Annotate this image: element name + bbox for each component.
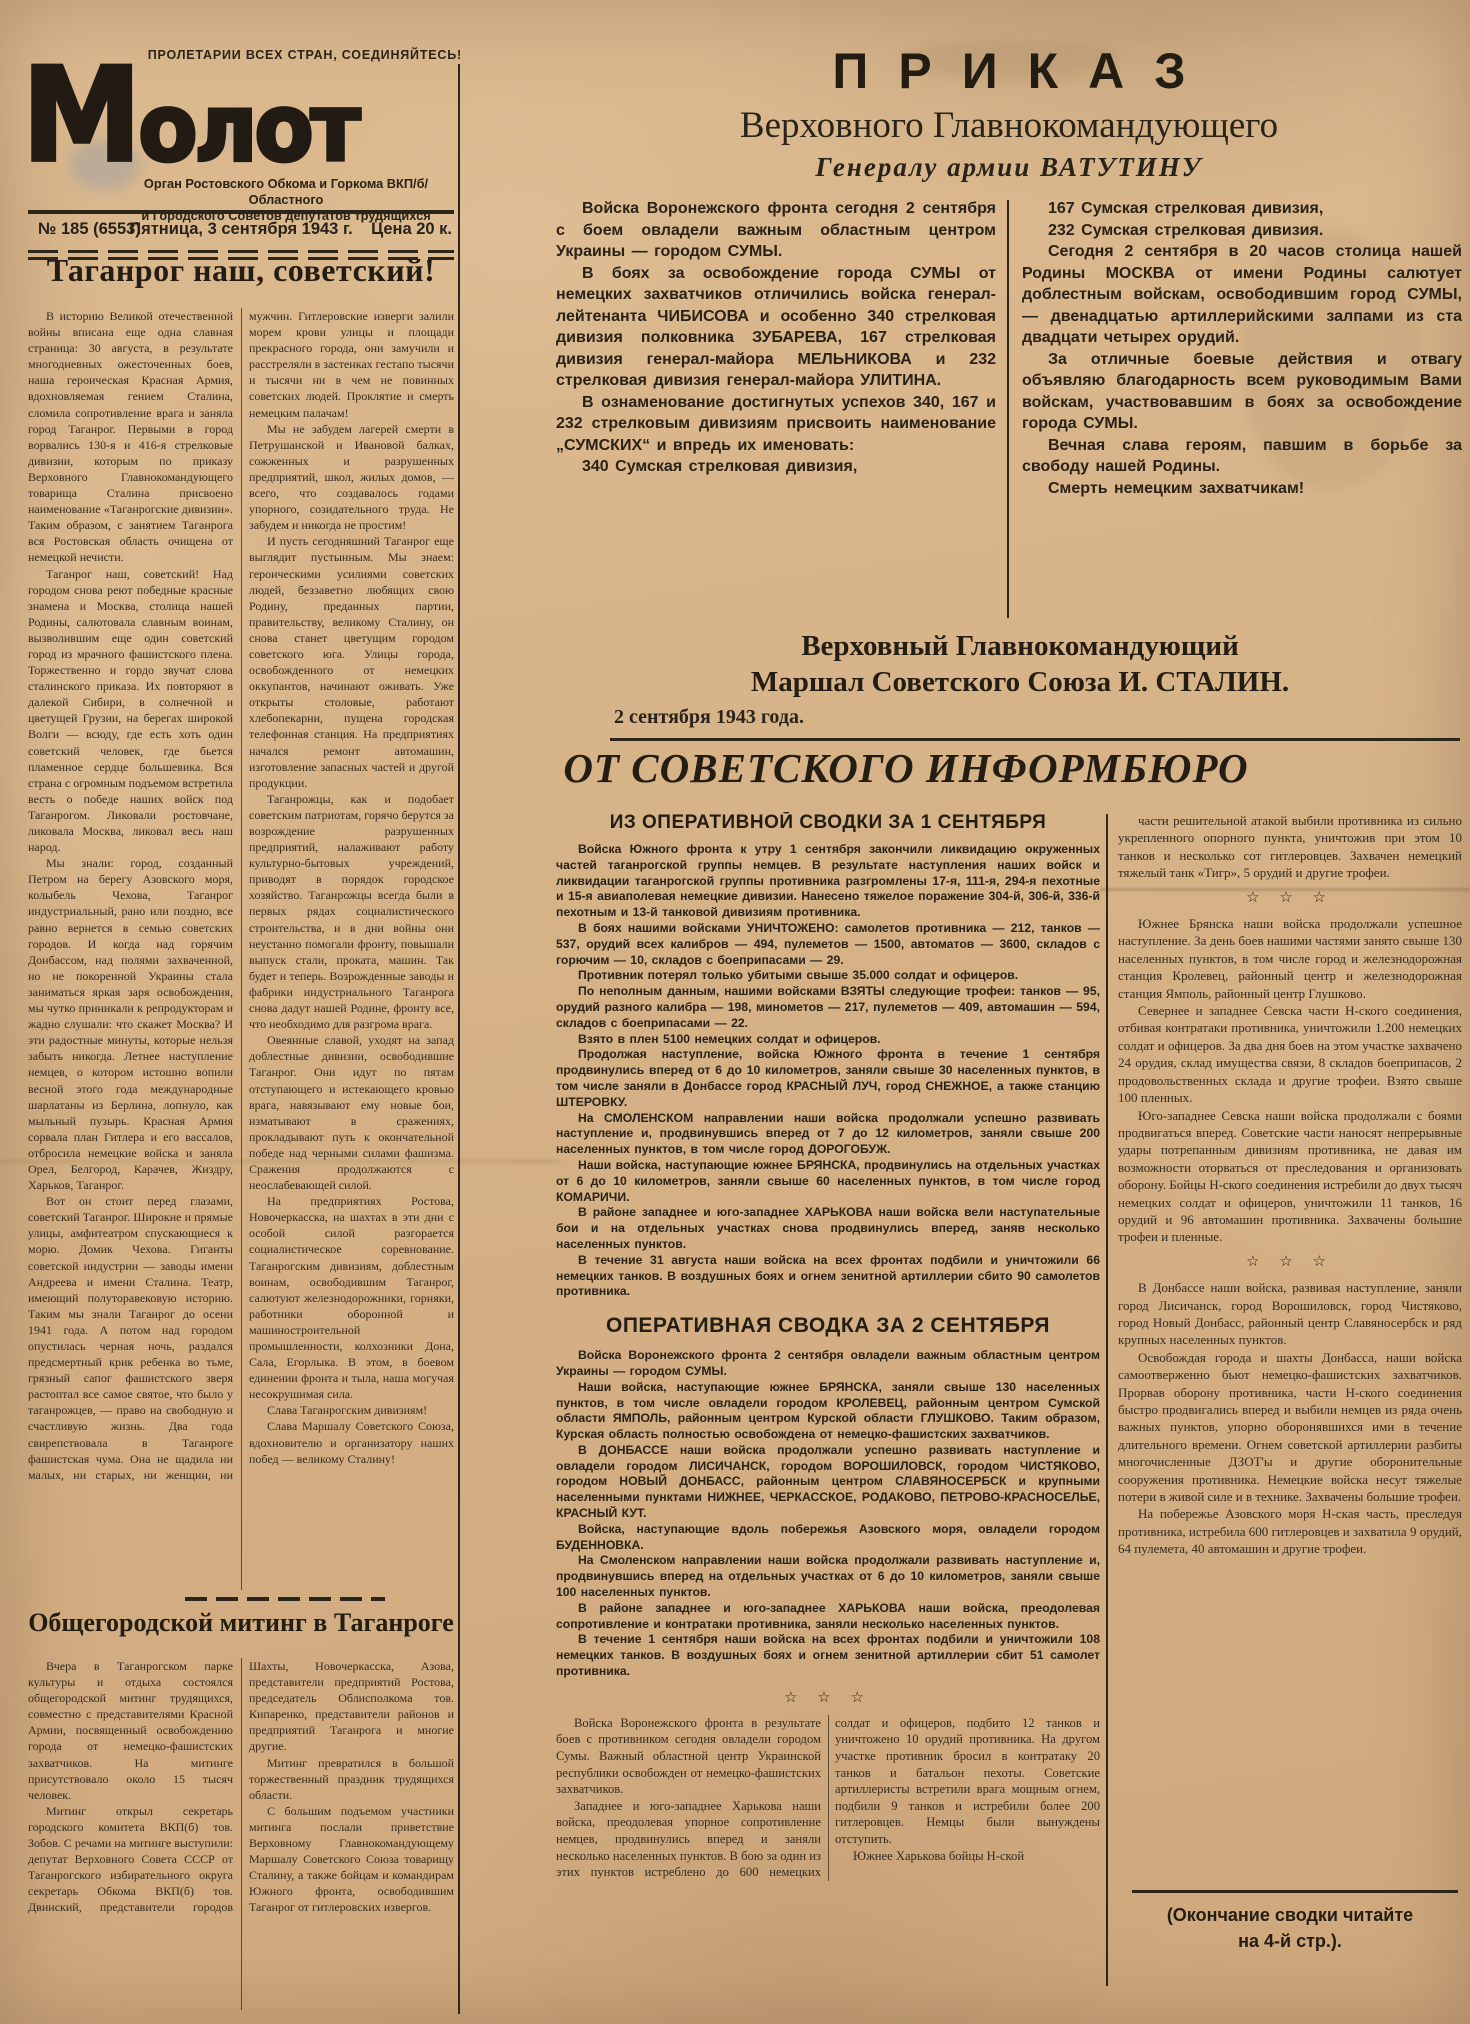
- section-separator: [185, 1597, 385, 1601]
- svodka2-heading: ОПЕРАТИВНАЯ СВОДКА ЗА 2 СЕНТЯБРЯ: [556, 1314, 1100, 1338]
- meeting-article-body: Вчера в Таганрогском парке культуры и от…: [28, 1658, 454, 2010]
- continuation-note-line1: (Окончание сводки читайте: [1118, 1902, 1462, 1928]
- paragraph: В районе западнее и юго-западнее ХАРЬКОВ…: [556, 1205, 1100, 1252]
- paragraph: По неполным данным, нашими войсками ВЗЯТ…: [556, 984, 1100, 1031]
- main-vertical-rule: [458, 64, 460, 2014]
- paragraph: С большим подъемом участники митинга пос…: [249, 1803, 454, 1916]
- informburo-right-column: части решительной атакой выбили противни…: [1118, 812, 1462, 1880]
- svodka1-body: Войска Южного фронта к утру 1 сентября з…: [556, 842, 1100, 1300]
- paragraph: Южнее Брянска наши войска продолжали усп…: [1118, 915, 1462, 1002]
- informburo-bottom-columns: Войска Воронежского фронта в результате …: [556, 1715, 1100, 1881]
- paragraph: В историю Великой отечественной войны вп…: [28, 308, 233, 566]
- masthead-organ: Орган Ростовского Обкома и Горкома ВКП/б…: [118, 176, 454, 224]
- prikaz-signature: Верховный Главнокомандующий Маршал Совет…: [600, 628, 1440, 700]
- stars-separator: ☆ ☆ ☆: [556, 1688, 1100, 1707]
- paragraph: Слава Таганрогским дивизиям!: [249, 1402, 454, 1418]
- paragraph: В ДОНБАССЕ наши войска продолжали успешн…: [556, 1443, 1100, 1522]
- informburo-right-section1: части решительной атакой выбили противни…: [1118, 812, 1462, 882]
- newspaper-page: ПРОЛЕТАРИИ ВСЕХ СТРАН, СОЕДИНЯЙТЕСЬ! Мол…: [0, 0, 1470, 2024]
- paragraph: Вчера в Таганрогском парке культуры и от…: [28, 1658, 233, 1803]
- prikaz-title: ПРИКАЗ: [556, 42, 1462, 100]
- paragraph: За отличные боевые действия и отвагу объ…: [1022, 349, 1462, 435]
- paragraph: Продолжая наступление, войска Южного фро…: [556, 1047, 1100, 1110]
- paragraph: Сегодня 2 сентября в 20 часов столица на…: [1022, 241, 1462, 349]
- paragraph: Войска Воронежского фронта 2 сентября ов…: [556, 1348, 1100, 1380]
- prikaz-subtitle: Верховного Главнокомандующего: [556, 104, 1462, 147]
- stars-separator: ☆ ☆ ☆: [1118, 1254, 1462, 1271]
- prikaz-addressee: Генералу армии ВАТУТИНУ: [556, 152, 1462, 183]
- prikaz-bottom-rule: [610, 738, 1460, 741]
- informburo-right-section2: Южнее Брянска наши войска продолжали усп…: [1118, 915, 1462, 1246]
- lead-headline: Таганрог наш, советский!: [28, 252, 454, 289]
- issue-price: Цена 20 к.: [371, 220, 452, 239]
- paragraph: И пусть сегодняшний Таганрог еще выгляди…: [249, 533, 454, 791]
- paragraph: Юго-западнее Севска наши войска продолжа…: [1118, 1107, 1462, 1246]
- paragraph: В течение 1 сентября наши войска на всех…: [556, 1632, 1100, 1679]
- informburo-column-rule: [1106, 814, 1108, 1986]
- paragraph: Овеянные славой, уходят на запад доблест…: [249, 1032, 454, 1193]
- paragraph: В районе западнее и юго-западнее ХАРЬКОВ…: [556, 1601, 1100, 1633]
- masthead-rule: [28, 210, 454, 214]
- paragraph: Митинг превратился в большой торжественн…: [249, 1755, 454, 1803]
- prikaz-column-1: Войска Воронежского фронта сегодня 2 сен…: [556, 198, 996, 622]
- paragraph: части решительной атакой выбили противни…: [1118, 812, 1462, 882]
- informburo-main-column: ИЗ ОПЕРАТИВНОЙ СВОДКИ ЗА 1 СЕНТЯБРЯ Войс…: [556, 812, 1100, 2008]
- prikaz-column-2: 167 Сумская стрелковая дивизия,232 Сумск…: [1022, 198, 1462, 622]
- paragraph: Мы не забудем лагерей смерти в Петрушанс…: [249, 421, 454, 534]
- paragraph: Таганрожцы, как и подобает советским пат…: [249, 791, 454, 1032]
- paragraph: Таганрог наш, советский! Над городом сно…: [28, 566, 233, 856]
- paragraph: На побережье Азовского моря Н-ская часть…: [1118, 1505, 1462, 1557]
- newspaper-logo: Молот: [22, 52, 462, 182]
- paragraph: Вечная слава героям, павшим в борьбе за …: [1022, 435, 1462, 478]
- paragraph: Смерть немецким захватчикам!: [1022, 478, 1462, 500]
- paragraph: Войска Воронежского фронта в результате …: [556, 1715, 821, 1798]
- paragraph: 167 Сумская стрелковая дивизия,: [1022, 198, 1462, 220]
- paragraph: Мы знали: город, созданный Петром на бер…: [28, 855, 233, 1193]
- paragraph: Освобождая города и шахты Донбасса, наши…: [1118, 1349, 1462, 1506]
- paragraph: Севернее и западнее Севска части Н-ского…: [1118, 1002, 1462, 1106]
- prikaz-column-rule: [1007, 200, 1009, 618]
- footer-note-rule: [1132, 1890, 1458, 1893]
- svodka1-heading: ИЗ ОПЕРАТИВНОЙ СВОДКИ ЗА 1 СЕНТЯБРЯ: [556, 812, 1100, 834]
- paragraph: Южнее Харькова бойцы Н-ской: [835, 1848, 1100, 1865]
- continuation-note-line2: на 4-й стр.).: [1118, 1928, 1462, 1954]
- masthead-organ-line1: Орган Ростовского Обкома и Горкома ВКП/б…: [118, 176, 454, 208]
- svodka2-body: Войска Воронежского фронта 2 сентября ов…: [556, 1348, 1100, 1680]
- paragraph: В ознаменование достигнутых успехов 340,…: [556, 392, 996, 457]
- paragraph: В боях нашими войсками УНИЧТОЖЕНО: самол…: [556, 921, 1100, 968]
- paragraph: Войска, наступающие вдоль побережья Азов…: [556, 1522, 1100, 1554]
- prikaz-date: 2 сентября 1943 года.: [614, 706, 804, 729]
- lead-article-body: В историю Великой отечественной войны вп…: [28, 308, 454, 1590]
- informburo-right-section3: В Донбассе наши войска, развивая наступл…: [1118, 1279, 1462, 1558]
- paragraph: Наши войска, наступающие южнее БРЯНСКА, …: [556, 1158, 1100, 1205]
- paragraph: На СМОЛЕНСКОМ направлении наши войска пр…: [556, 1111, 1100, 1158]
- issue-line: № 185 (6553) Пятница, 3 сентября 1943 г.…: [28, 220, 454, 246]
- paragraph: В Донбассе наши войска, развивая наступл…: [1118, 1279, 1462, 1349]
- stars-separator: ☆ ☆ ☆: [1118, 890, 1462, 907]
- paragraph: На Смоленском направлении наши войска пр…: [556, 1553, 1100, 1600]
- paragraph: 232 Сумская стрелковая дивизия.: [1022, 220, 1462, 242]
- informburo-title: ОТ СОВЕТСКОГО ИНФОРМБЮРО: [556, 744, 1256, 792]
- prikaz-signature-line2: Маршал Советского Союза И. СТАЛИН.: [600, 664, 1440, 700]
- paragraph: В течение 31 августа наши войска на всех…: [556, 1253, 1100, 1300]
- paragraph: В боях за освобождение города СУМЫ от не…: [556, 263, 996, 392]
- paragraph: На предприятиях Ростова, Новочеркасска, …: [249, 1193, 454, 1402]
- paragraph: 340 Сумская стрелковая дивизия,: [556, 456, 996, 478]
- continuation-note: (Окончание сводки читайте на 4-й стр.).: [1118, 1902, 1462, 1954]
- paragraph: Войска Южного фронта к утру 1 сентября з…: [556, 842, 1100, 921]
- paragraph: Войска Воронежского фронта сегодня 2 сен…: [556, 198, 996, 263]
- paragraph: Взято в плен 5100 немецких солдат и офиц…: [556, 1032, 1100, 1048]
- paragraph: Наши войска, наступающие южнее БРЯНСКА, …: [556, 1380, 1100, 1443]
- prikaz-signature-line1: Верховный Главнокомандующий: [600, 628, 1440, 664]
- paragraph: Слава Маршалу Советского Союза, вдохнови…: [249, 1418, 454, 1466]
- meeting-headline: Общегородской митинг в Таганроге: [28, 1608, 454, 1638]
- paragraph: Противник потерял только убитыми свыше 3…: [556, 968, 1100, 984]
